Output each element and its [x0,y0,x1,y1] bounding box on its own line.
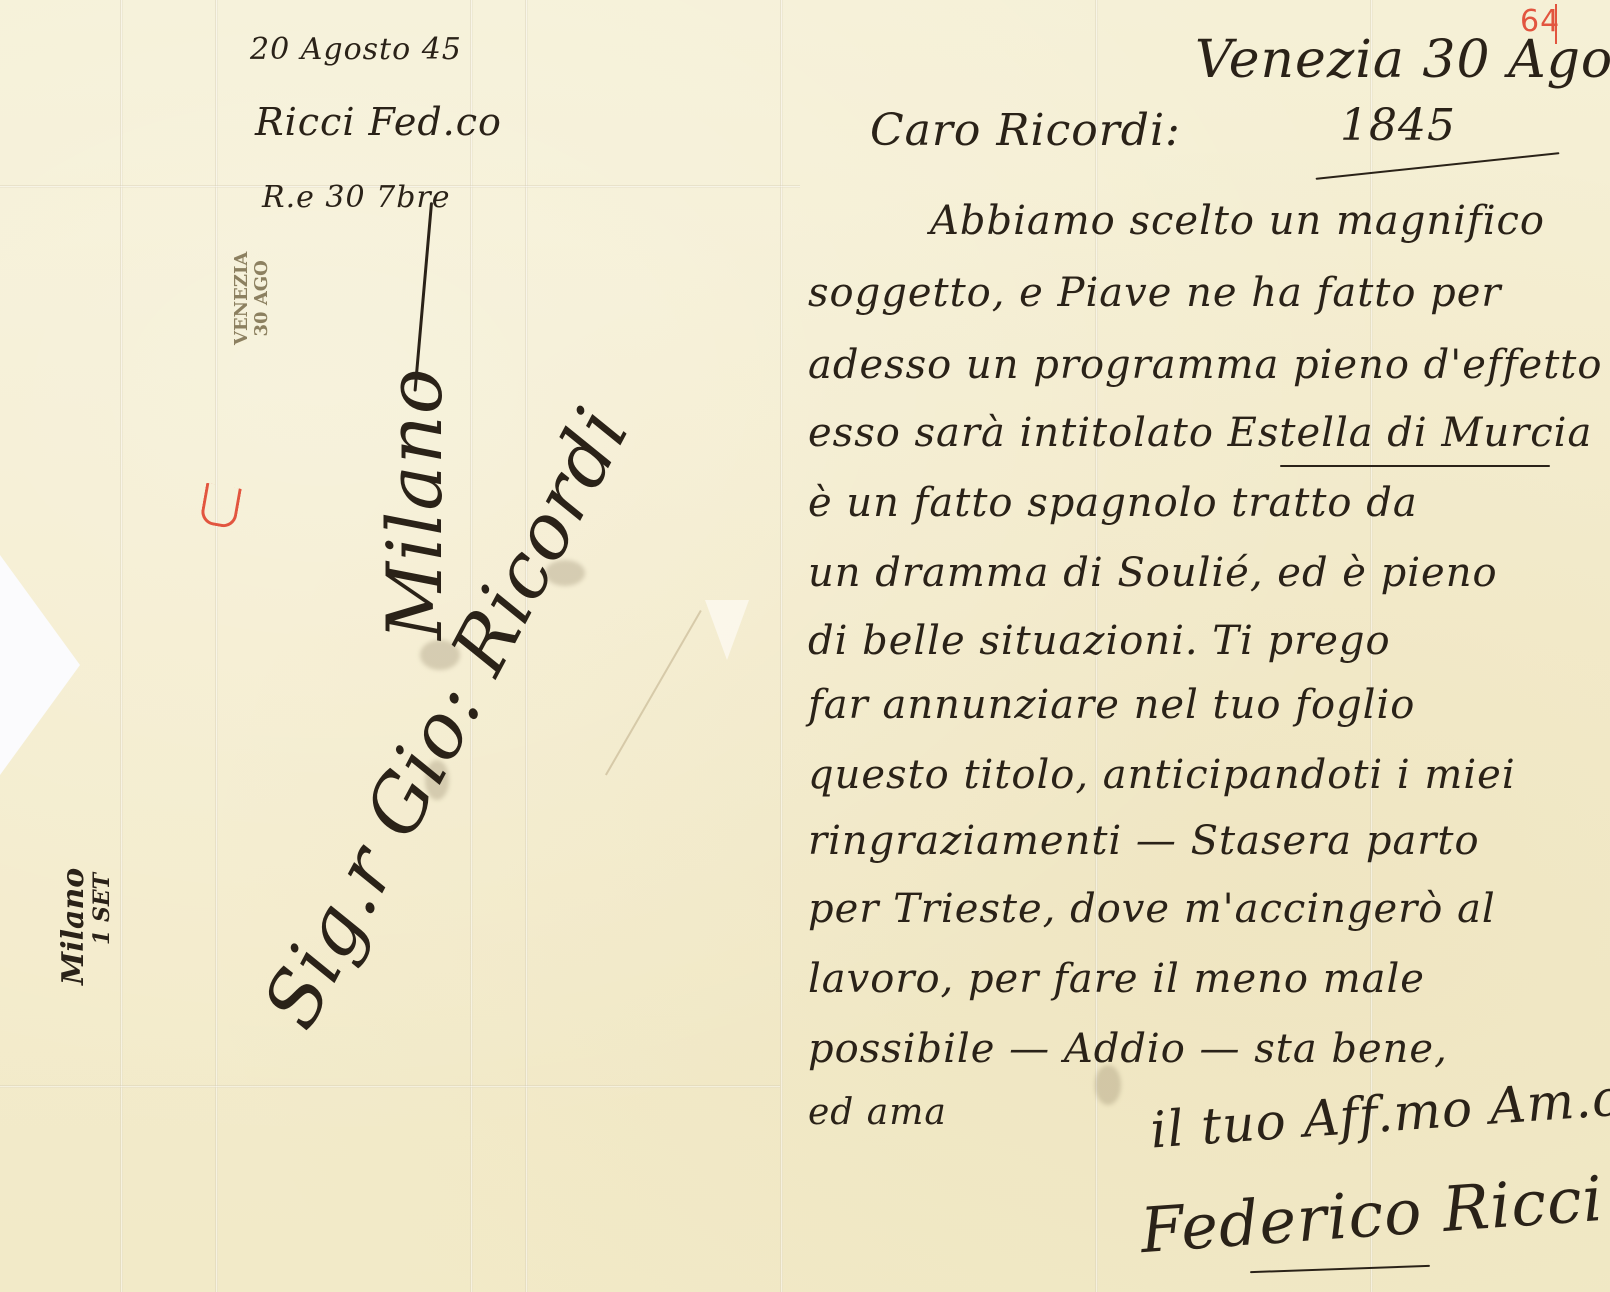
body-line: adesso un programma pieno d'effetto [808,342,1602,388]
red-postal-mark [199,483,242,530]
title-underline [1280,465,1550,467]
seal-tear-edge [605,610,702,776]
body-line: esso sarà intitolato Estella di Murcia [808,410,1592,456]
body-line: soggetto, e Piave ne ha fatto per [808,270,1502,316]
fold-crease [215,0,218,1292]
letter-place-date: Venezia 30 Agosto [1195,30,1610,90]
seal-tear [705,600,749,660]
postmark-line1: VENEZIA [232,252,252,345]
signature-underline [1250,1265,1430,1273]
docket-date: 20 Agosto 45 [250,32,462,67]
address-city: Milano [370,368,459,640]
body-line: un dramma di Soulié, ed è pieno [808,550,1498,596]
docket-sender: Ricci Fed.co [255,100,502,144]
letter-year: 1845 [1340,100,1456,151]
arrival-stamp-city: Milano [60,868,88,985]
body-line: è un fatto spagnolo tratto da [808,480,1418,526]
letter-sheet: 20 Agosto 45 Ricci Fed.co R.e 30 7bre Si… [0,0,1610,1292]
body-line: lavoro, per fare il meno male [808,956,1425,1002]
fold-crease [780,0,783,1292]
arrival-stamp: Milano 1 SET [60,868,116,985]
postmark-line2: 30 AGO [252,252,272,345]
address-underline [414,202,434,392]
letter-closing: il tuo Aff.mo Am.o [1149,1069,1610,1160]
body-line: possibile — Addio — sta bene, [808,1026,1448,1072]
arrival-stamp-date: 1 SET [88,868,116,985]
fold-crease [0,1085,780,1088]
postmark-venezia: VENEZIA 30 AGO [232,252,272,345]
body-line: questo titolo, anticipandoti i miei [808,752,1516,798]
body-line: Abbiamo scelto un magnifico [930,198,1545,244]
body-line: per Trieste, dove m'accingerò al [808,886,1496,932]
date-underline [1316,152,1560,180]
body-line: far annunziare nel tuo foglio [808,682,1415,728]
body-line: ed ama [808,1092,947,1133]
body-line: ringraziamenti — Stasera parto [808,818,1480,864]
torn-edge [0,555,80,775]
docket-reply-date: R.e 30 7bre [262,180,451,215]
fold-crease [120,0,123,1292]
body-line: di belle situazioni. Ti prego [808,618,1391,664]
letter-salutation: Caro Ricordi: [870,105,1181,156]
